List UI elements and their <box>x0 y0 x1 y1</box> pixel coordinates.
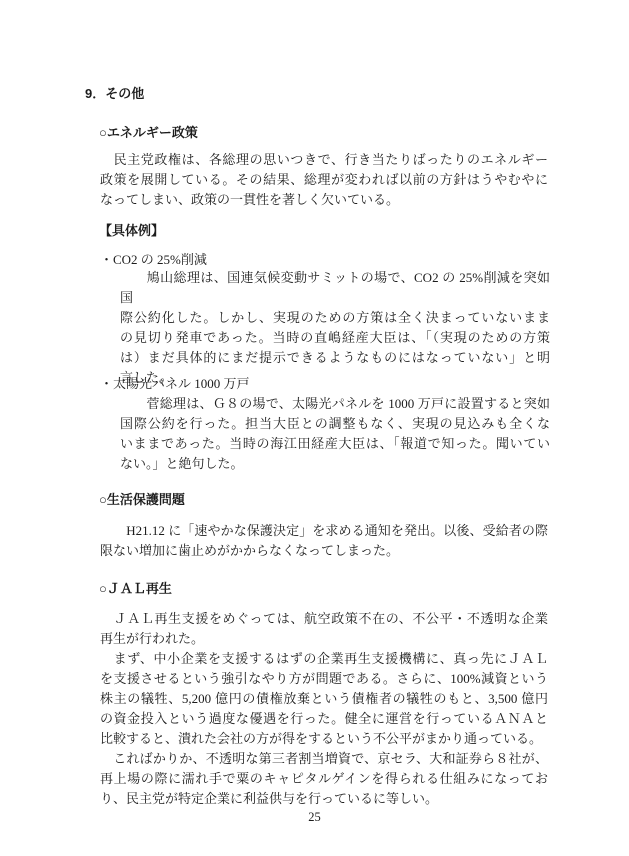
page-number: 25 <box>0 807 629 827</box>
heading-energy-policy: ○エネルギー政策 <box>99 123 198 143</box>
text-line: ない。」と絶句した。 <box>120 454 550 474</box>
heading-welfare: ○生活保護問題 <box>99 490 185 510</box>
paragraph-jal-1: ＪＡＬ再生支援をめぐっては、航空政策不在の、不公平・不透明な企業再生が行われた。 <box>100 609 548 649</box>
text-line: 政策を展開している。その結果、総理が変われば以前の方針はうやむやに <box>100 170 548 190</box>
text-line: 民主党政権は、各総理の思いつきで、行き当たりばったりのエネルギー <box>100 150 548 170</box>
text-line: は）まだ具体的にまだ提示できるようなものにはなっていない」と明 <box>120 348 550 368</box>
text-line: まず、中小企業を支援するはずの企業再生支援機構に、真っ先にＪＡＬ <box>100 649 548 669</box>
bullet-solar-title: ・太陽光パネル 1000 万戸 <box>100 374 250 394</box>
paragraph-energy: 民主党政権は、各総理の思いつきで、行き当たりばったりのエネルギー政策を展開してい… <box>100 150 548 210</box>
text-line: 再生が行われた。 <box>100 629 548 649</box>
document-page: 9．その他 ○エネルギー政策 民主党政権は、各総理の思いつきで、行き当たりばった… <box>0 0 629 856</box>
paragraph-welfare: H21.12 に「速やかな保護決定」を求める通知を発出。以後、受給者の際限ない増… <box>100 521 548 561</box>
text-line: H21.12 に「速やかな保護決定」を求める通知を発出。以後、受給者の際 <box>100 521 548 541</box>
bullet-co2-paragraph: 鳩山総理は、国連気候変動サミットの場で、CO2 の 25%削減を突如国際公約化し… <box>120 268 550 388</box>
text-line: 鳩山総理は、国連気候変動サミットの場で、CO2 の 25%削減を突如国 <box>120 268 550 308</box>
text-line: を支援させるという強引なやり方が問題である。さらに、100%減資という <box>100 669 548 689</box>
text-line: の資金投入という過度な優遇を行った。健全に運営を行っているＡＮＡと <box>100 709 548 729</box>
heading-jal: ○ＪＡＬ再生 <box>99 579 172 599</box>
text-line: 限ない増加に歯止めがかからなくなってしまった。 <box>100 541 548 561</box>
text-line: 国際公約を行った。担当大臣との調整もなく、実現の見込みも全くな <box>120 414 550 434</box>
paragraph-jal-3: こればかりか、不透明な第三者割当増資で、京セラ、大和証券ら８社が、再上場の際に濡… <box>100 749 548 809</box>
examples-label: 【具体例】 <box>99 221 164 241</box>
text-line: なってしまい、政策の一貫性を著しく欠いている。 <box>100 190 548 210</box>
text-line: 比較すると、潰れた会社の方が得をするという不公平がまかり通っている。 <box>100 729 548 749</box>
section-title: 9．その他 <box>85 84 144 104</box>
text-line: いままであった。当時の海江田経産大臣は、「報道で知った。聞いてい <box>120 434 550 454</box>
text-line: ＪＡＬ再生支援をめぐっては、航空政策不在の、不公平・不透明な企業 <box>100 609 548 629</box>
text-line: り、民主党が特定企業に利益供与を行っているに等しい。 <box>100 789 548 809</box>
text-line: の見切り発車であった。当時の直嶋経産大臣は、「（実現のための方策 <box>120 328 550 348</box>
text-line: こればかりか、不透明な第三者割当増資で、京セラ、大和証券ら８社が、 <box>100 749 548 769</box>
paragraph-jal-2: まず、中小企業を支援するはずの企業再生支援機構に、真っ先にＪＡＬを支援させるとい… <box>100 649 548 749</box>
text-line: 再上場の際に濡れ手で粟のキャピタルゲインを得られる仕組みになってお <box>100 769 548 789</box>
text-line: 際公約化した。しかし、実現のための方策は全く決まっていないまま <box>120 308 550 328</box>
bullet-solar-paragraph: 菅総理は、Ｇ８の場で、太陽光パネルを 1000 万戸に設置すると突如国際公約を行… <box>120 394 550 474</box>
text-line: 株主の犠牲、5,200 億円の債権放棄という債権者の犠牲のもと、3,500 億円 <box>100 689 548 709</box>
text-line: 菅総理は、Ｇ８の場で、太陽光パネルを 1000 万戸に設置すると突如 <box>120 394 550 414</box>
bullet-co2-title: ・CO2 の 25%削減 <box>100 250 207 270</box>
